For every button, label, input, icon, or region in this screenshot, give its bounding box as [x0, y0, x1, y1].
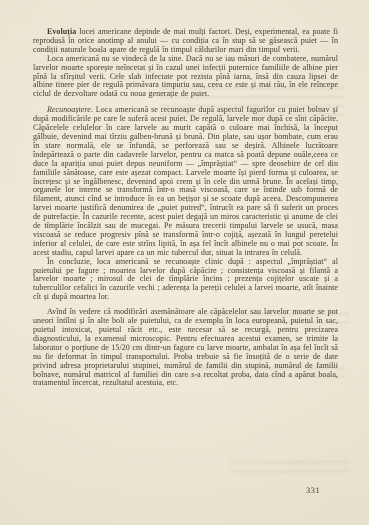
paragraph-body-text: locei americane depinde de mai mulți fac…: [33, 27, 338, 54]
paragraph-body-text: Loca americană nu se vindecă de la sine.…: [33, 54, 338, 99]
paragraph-body-text: În concluzie, loca americană se recunoaș…: [33, 257, 338, 302]
paragraph-recunoastere: Recunoaștere. Loca americană se recunoaș…: [33, 106, 338, 257]
paragraph-diagnostic-laborator: Avînd în vedere că modificări asemănătoa…: [33, 308, 338, 388]
page-text-block: Evoluția locei americane depinde de mai …: [33, 28, 338, 388]
paragraph-lead-word: Recunoaștere: [47, 105, 91, 114]
paragraph-body-text: . Loca americană se recunoaște după aspe…: [33, 105, 338, 257]
paragraph-concluzie: În concluzie, loca americană se recunoaș…: [33, 258, 338, 303]
paragraph-body-text: Avînd în vedere că modificări asemănătoa…: [33, 307, 338, 387]
scanned-book-page: Evoluția locei americane depinde de mai …: [0, 0, 369, 525]
paragraph-loca-nu-se-vindeca: Loca americană nu se vindecă de la sine.…: [33, 55, 338, 100]
page-number: 331: [306, 485, 320, 495]
ink-showthrough: [230, 460, 350, 474]
paragraph-lead-word: Evoluția: [47, 27, 76, 36]
paragraph-evolutia: Evoluția locei americane depinde de mai …: [33, 28, 338, 55]
